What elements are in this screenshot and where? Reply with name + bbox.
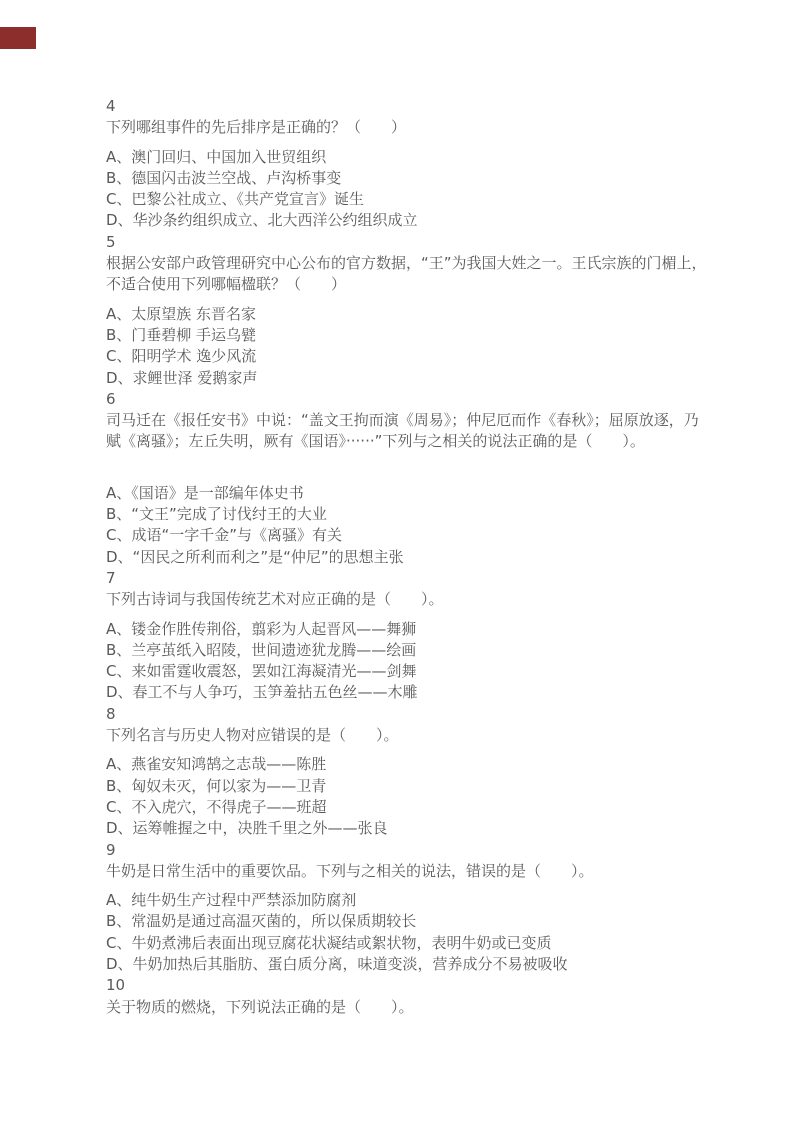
option-line: D、华沙条约组织成立、北大西洋公约组织成立 [106, 210, 766, 231]
question-number: 9 [106, 840, 766, 861]
question-6: 6 司马迁在《报任安书》中说：“盖文王拘而演《周易》；仲尼厄而作《春秋》；屈原放… [106, 389, 766, 568]
option-line: C、巴黎公社成立、《共产党宣言》诞生 [106, 189, 766, 210]
options-group: A、燕雀安知鸿鹄之志哉——陈胜 B、匈奴未灭，何以家为——卫青 C、不入虎穴，不… [106, 754, 766, 839]
options-group: A、《国语》是一部编年体史书 B、“文王”完成了讨伐纣王的大业 C、成语“一字千… [106, 483, 766, 568]
question-8: 8 下列名言与历史人物对应错误的是（ ）。 A、燕雀安知鸿鹄之志哉——陈胜 B、… [106, 704, 766, 840]
option-line: B、常温奶是通过高温灭菌的，所以保质期较长 [106, 911, 766, 932]
option-line: B、匈奴未灭，何以家为——卫青 [106, 776, 766, 797]
question-stem-line: 司马迁在《报任安书》中说：“盖文王拘而演《周易》；仲尼厄而作《春秋》；屈原放逐，… [106, 410, 766, 431]
option-line: A、纯牛奶生产过程中严禁添加防腐剂 [106, 890, 766, 911]
option-line: B、“文王”完成了讨伐纣王的大业 [106, 504, 766, 525]
question-5: 5 根据公安部户政管理研究中心公布的官方数据，“王”为我国大姓之一。王氏宗族的门… [106, 232, 766, 389]
question-stem-line: 根据公安部户政管理研究中心公布的官方数据，“王”为我国大姓之一。王氏宗族的门楣上… [106, 253, 766, 274]
option-line: D、“因民之所利而利之”是“仲尼”的思想主张 [106, 547, 766, 568]
option-line: D、春工不与人争巧，玉笋羞拈五色丝——木雕 [106, 682, 766, 703]
option-line: A、燕雀安知鸿鹄之志哉——陈胜 [106, 754, 766, 775]
option-line: D、运筹帷握之中，决胜千里之外——张良 [106, 818, 766, 839]
option-line: C、成语“一字千金”与《离骚》有关 [106, 525, 766, 546]
question-stem-line: 下列哪组事件的先后排序是正确的？（ ） [106, 117, 766, 138]
option-line: D、牛奶加热后其脂肪、蛋白质分离，味道变淡，营养成分不易被吸收 [106, 954, 766, 975]
red-corner-tag [0, 27, 36, 49]
options-group: A、镂金作胜传荆俗，翦彩为人起晋风——舞狮 B、兰亭茧纸入昭陵，世间遗迹犹龙腾—… [106, 619, 766, 704]
question-number: 6 [106, 389, 766, 410]
option-line: B、门垂碧柳 手运乌甓 [106, 325, 766, 346]
options-group: A、澳门回归、中国加入世贸组织 B、德国闪击波兰空战、卢沟桥事变 C、巴黎公社成… [106, 147, 766, 232]
document-page: 4 下列哪组事件的先后排序是正确的？（ ） A、澳门回归、中国加入世贸组织 B、… [106, 96, 766, 1018]
question-number: 4 [106, 96, 766, 117]
option-line: B、德国闪击波兰空战、卢沟桥事变 [106, 168, 766, 189]
question-number: 10 [106, 975, 766, 996]
options-group: A、纯牛奶生产过程中严禁添加防腐剂 B、常温奶是通过高温灭菌的，所以保质期较长 … [106, 890, 766, 975]
option-line: D、求鲤世泽 爱鹅家声 [106, 368, 766, 389]
option-line: A、《国语》是一部编年体史书 [106, 483, 766, 504]
question-9: 9 牛奶是日常生活中的重要饮品。下列与之相关的说法，错误的是（ ）。 A、纯牛奶… [106, 840, 766, 976]
question-stem-line: 下列古诗词与我国传统艺术对应正确的是（ ）。 [106, 589, 766, 610]
question-number: 8 [106, 704, 766, 725]
option-line: C、来如雷霆收震怒，罢如江海凝清光——剑舞 [106, 661, 766, 682]
option-line: B、兰亭茧纸入昭陵，世间遗迹犹龙腾——绘画 [106, 640, 766, 661]
question-stem-line: 下列名言与历史人物对应错误的是（ ）。 [106, 725, 766, 746]
question-stem-line: 赋《离骚》；左丘失明，厥有《国语》······”下列与之相关的说法正确的是（ ）… [106, 431, 766, 452]
question-stem-line: 牛奶是日常生活中的重要饮品。下列与之相关的说法，错误的是（ ）。 [106, 861, 766, 882]
question-number: 7 [106, 568, 766, 589]
option-line: A、澳门回归、中国加入世贸组织 [106, 147, 766, 168]
question-10: 10 关于物质的燃烧，下列说法正确的是（ ）。 [106, 975, 766, 1018]
option-line: C、阳明学术 逸少风流 [106, 346, 766, 367]
question-4: 4 下列哪组事件的先后排序是正确的？（ ） A、澳门回归、中国加入世贸组织 B、… [106, 96, 766, 232]
question-7: 7 下列古诗词与我国传统艺术对应正确的是（ ）。 A、镂金作胜传荆俗，翦彩为人起… [106, 568, 766, 704]
option-line: C、牛奶煮沸后表面出现豆腐花状凝结或絮状物，表明牛奶或已变质 [106, 933, 766, 954]
option-line: A、太原望族 东晋名家 [106, 304, 766, 325]
question-stem-line: 不适合使用下列哪幅楹联？（ ） [106, 274, 766, 295]
option-line: A、镂金作胜传荆俗，翦彩为人起晋风——舞狮 [106, 619, 766, 640]
question-stem-line: 关于物质的燃烧，下列说法正确的是（ ）。 [106, 997, 766, 1018]
option-line: C、不入虎穴，不得虎子——班超 [106, 797, 766, 818]
question-number: 5 [106, 232, 766, 253]
options-group: A、太原望族 东晋名家 B、门垂碧柳 手运乌甓 C、阳明学术 逸少风流 D、求鲤… [106, 304, 766, 389]
